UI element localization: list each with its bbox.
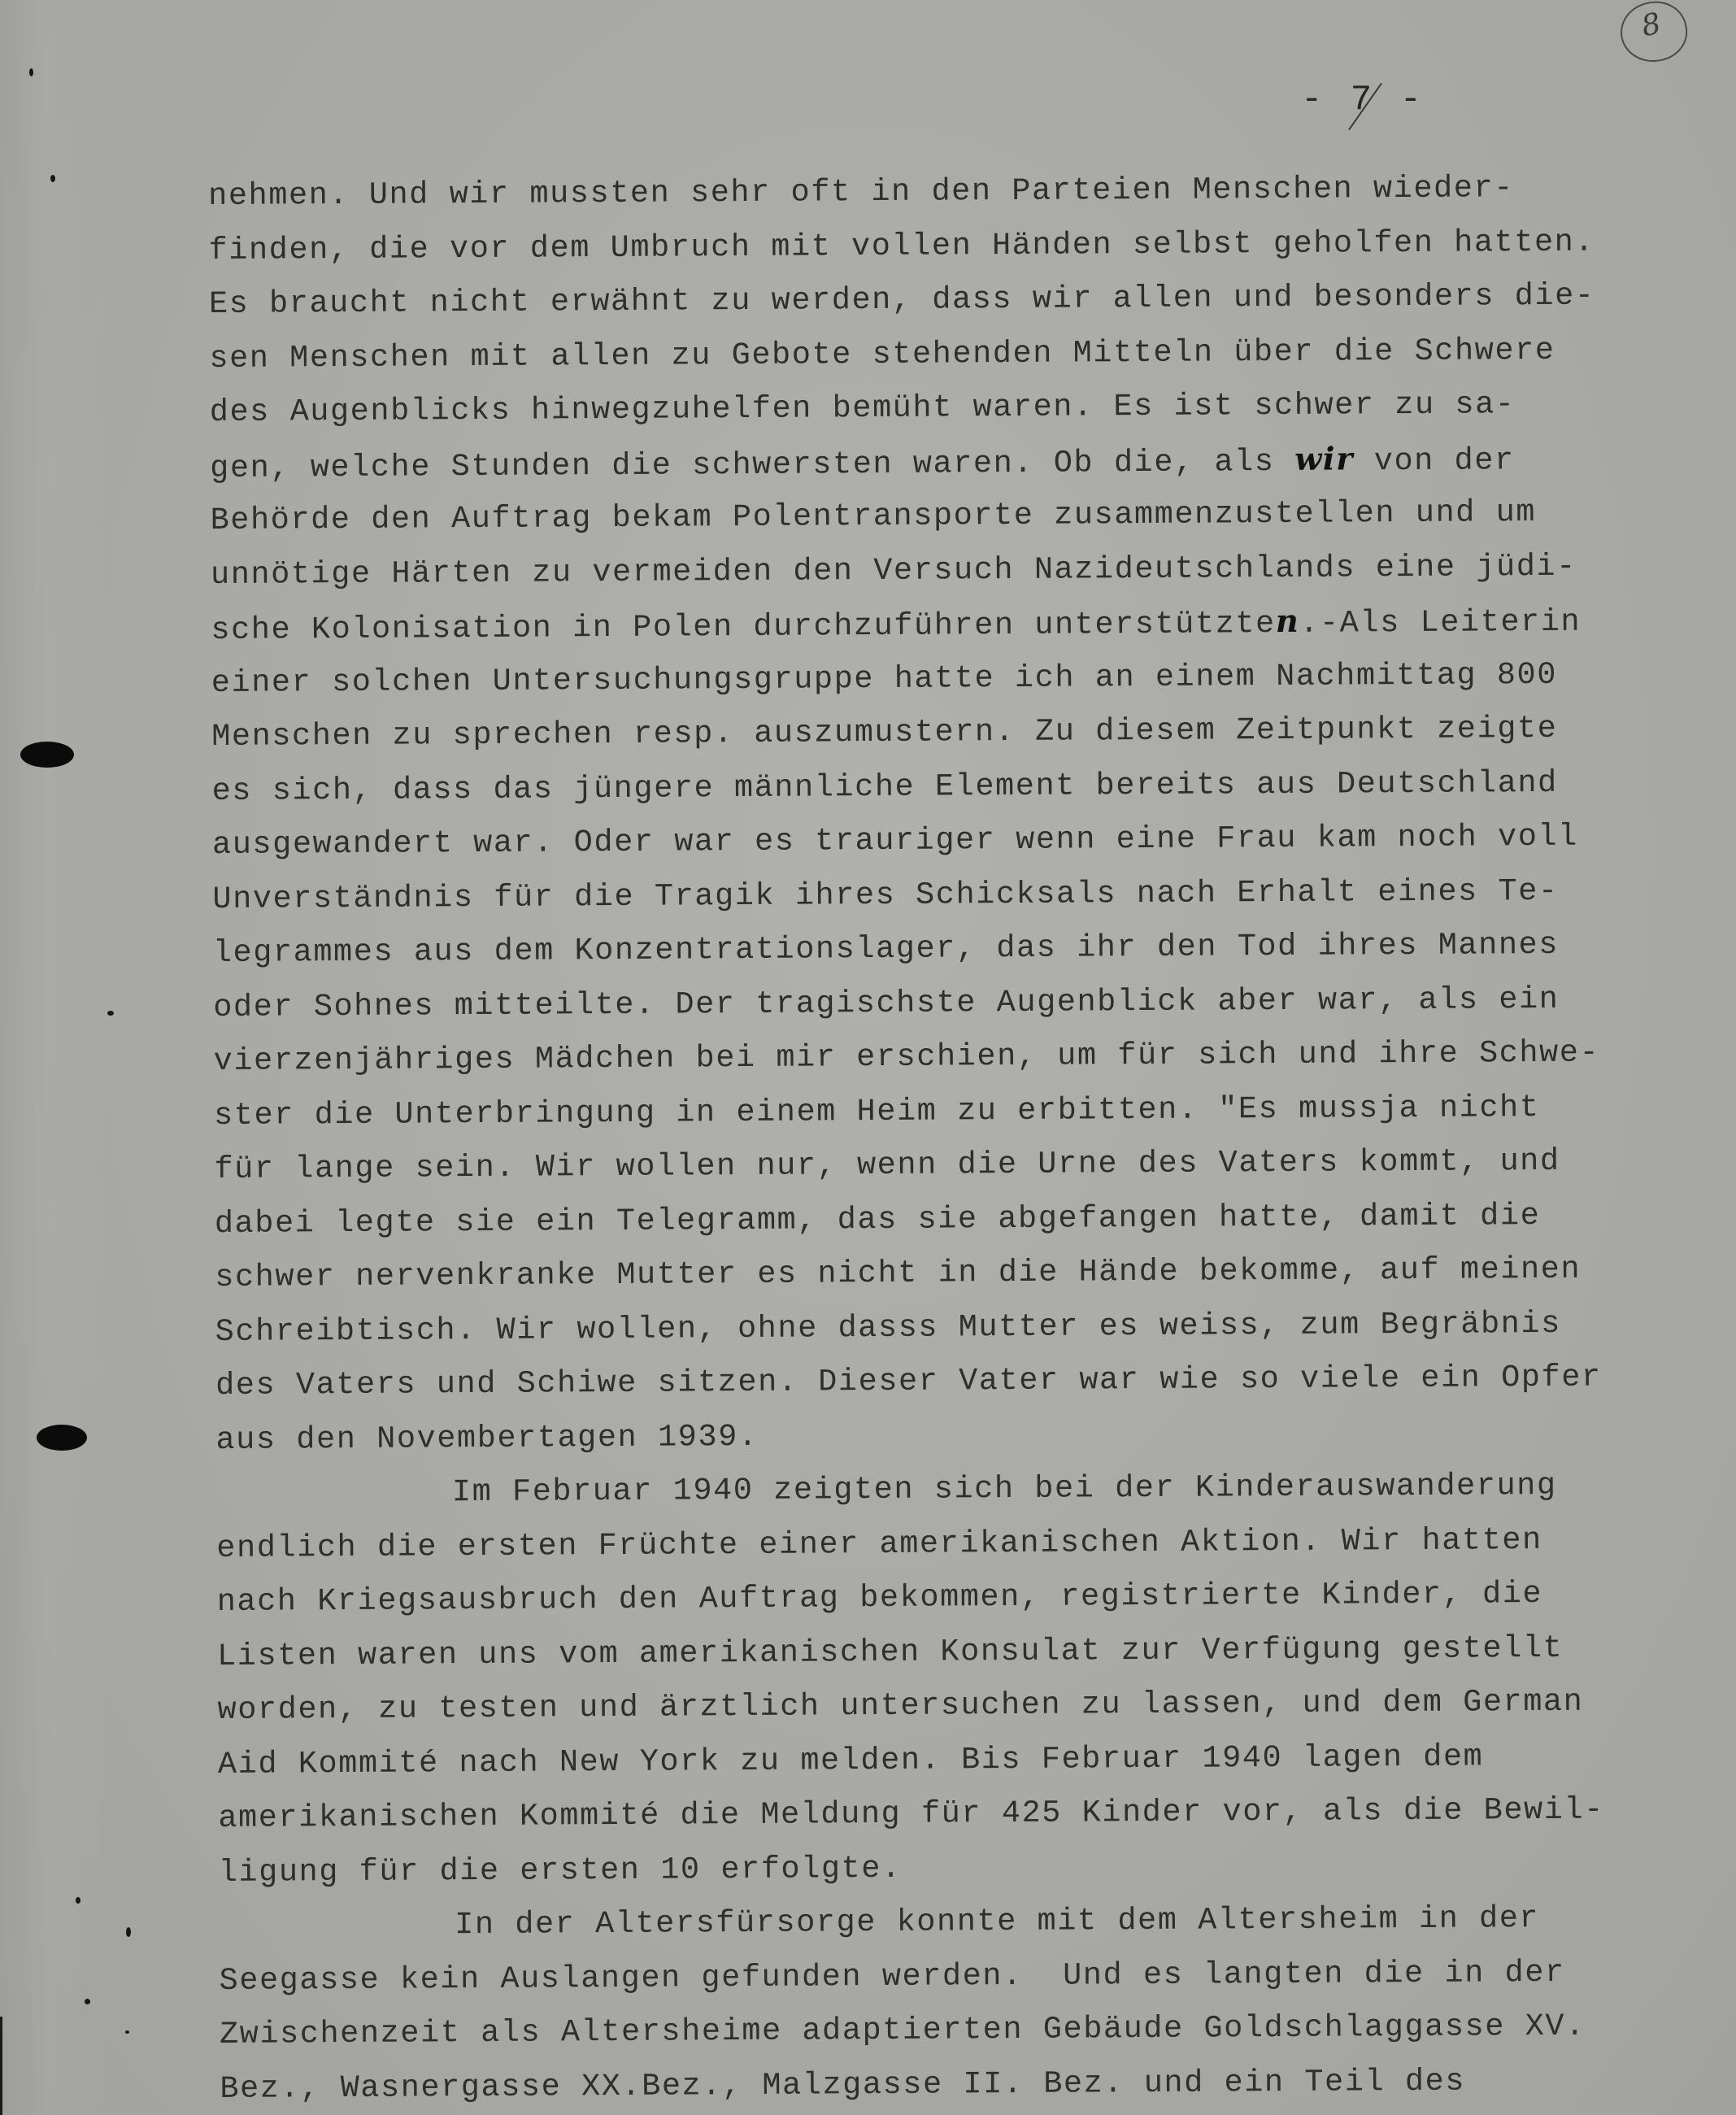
- text-line: Seegasse kein Auslangen gefunden werden.…: [219, 1944, 1736, 2008]
- text-segment: .-Als Leiterin: [1299, 604, 1581, 642]
- text-line: oder Sohnes mitteilte. Der tragischste A…: [213, 971, 1736, 1034]
- paper-speck: [85, 1999, 90, 2004]
- text-line: des Augenblicks hinwegzuhelfen bemüht wa…: [210, 376, 1736, 440]
- document-page: 8 - 7 - nehmen. Und wir mussten sehr oft…: [0, 0, 1736, 2115]
- text-line: Menschen zu sprechen resp. auszumustern.…: [211, 701, 1736, 764]
- text-line: vierzenjähriges Mädchen bei mir erschien…: [213, 1025, 1736, 1088]
- text-line: für lange sein. Wir wollen nur, wenn die…: [214, 1133, 1736, 1196]
- scan-edge: [0, 2017, 2, 2115]
- circled-folio-mark: 8: [1615, 0, 1693, 68]
- text-line: amerikanischen Kommité die Meldung für 4…: [218, 1782, 1736, 1845]
- text-line: schwer nervenkranke Mutter es nicht in d…: [215, 1241, 1736, 1304]
- punch-hole-lower: [37, 1425, 87, 1451]
- handwritten-correction: n: [1276, 603, 1300, 640]
- text-line: finden, die vor dem Umbruch mit vollen H…: [208, 214, 1736, 277]
- text-line: unnötige Härten zu vermeiden den Versuch…: [211, 538, 1736, 602]
- text-segment: gen, welche Stunden die schwersten waren…: [210, 443, 1294, 485]
- text-line: sche Kolonisation in Polen durchzuführen…: [211, 593, 1736, 656]
- page-number-text: - 7 -: [1301, 80, 1425, 120]
- punch-hole-upper: [20, 742, 74, 768]
- text-line: sen Menschen mit allen zu Gebote stehend…: [209, 322, 1736, 385]
- text-line: dabei legte sie ein Telegramm, das sie a…: [215, 1187, 1736, 1251]
- text-line: Im Februar 1940 zeigten sich bei der Kin…: [216, 1457, 1736, 1521]
- text-line: Aid Kommité nach New York zu melden. Bis…: [218, 1728, 1736, 1791]
- paper-speck: [29, 68, 33, 76]
- text-line: endlich die ersten Früchte einer amerika…: [216, 1512, 1736, 1575]
- text-line: Zwischenzeit als Altersheime adaptierten…: [220, 1998, 1736, 2061]
- text-segment: sche Kolonisation in Polen durchzuführen…: [211, 606, 1276, 648]
- paper-speck: [76, 1897, 80, 1904]
- text-line: es sich, dass das jüngere männliche Elem…: [211, 755, 1736, 818]
- typewritten-body: nehmen. Und wir mussten sehr oft in den …: [208, 160, 1736, 2115]
- page-number: - 7 -: [1301, 80, 1425, 120]
- text-line: Schreibtisch. Wir wollen, ohne dasss Mut…: [215, 1295, 1736, 1359]
- text-line: Behörde den Auftrag bekam Polentransport…: [210, 485, 1736, 548]
- text-line: einer solchen Untersuchungsgruppe hatte …: [211, 646, 1736, 710]
- handwritten-correction: wir: [1294, 441, 1354, 477]
- text-segment: von der: [1354, 442, 1515, 479]
- folio-number: 8: [1638, 7, 1664, 44]
- text-line: worden, zu testen und ärztlich untersuch…: [217, 1673, 1736, 1737]
- paper-speck: [126, 1927, 131, 1937]
- text-line: legrammes aus dem Konzentrationslager, d…: [213, 916, 1736, 980]
- paper-speck: [107, 1011, 114, 1016]
- paper-speck: [125, 2030, 129, 2034]
- text-line: Bez., Wasnergasse XX.Bez., Malzgasse II.…: [220, 2052, 1736, 2115]
- text-line: ster die Unterbringung in einem Heim zu …: [214, 1079, 1736, 1142]
- text-line: In der Altersfürsorge konnte mit dem Alt…: [219, 1890, 1736, 1953]
- text-line: nach Kriegsausbruch den Auftrag bekommen…: [217, 1565, 1736, 1629]
- text-line: Listen waren uns vom amerikanischen Kons…: [217, 1620, 1736, 1683]
- text-line: gen, welche Stunden die schwersten waren…: [210, 430, 1736, 494]
- text-line: Unverständnis für die Tragik ihres Schic…: [212, 863, 1736, 926]
- text-line: Es braucht nicht erwähnt zu werden, dass…: [209, 268, 1736, 332]
- text-line: ligung für die ersten 10 erfolgte.: [219, 1836, 1736, 1900]
- paper-speck: [50, 175, 55, 182]
- text-line: nehmen. Und wir mussten sehr oft in den …: [208, 160, 1736, 224]
- text-line: ausgewandert war. Oder war es trauriger …: [212, 809, 1736, 873]
- text-line: aus den Novembertagen 1939.: [215, 1403, 1736, 1467]
- text-line: des Vaters und Schiwe sitzen. Dieser Vat…: [215, 1349, 1736, 1412]
